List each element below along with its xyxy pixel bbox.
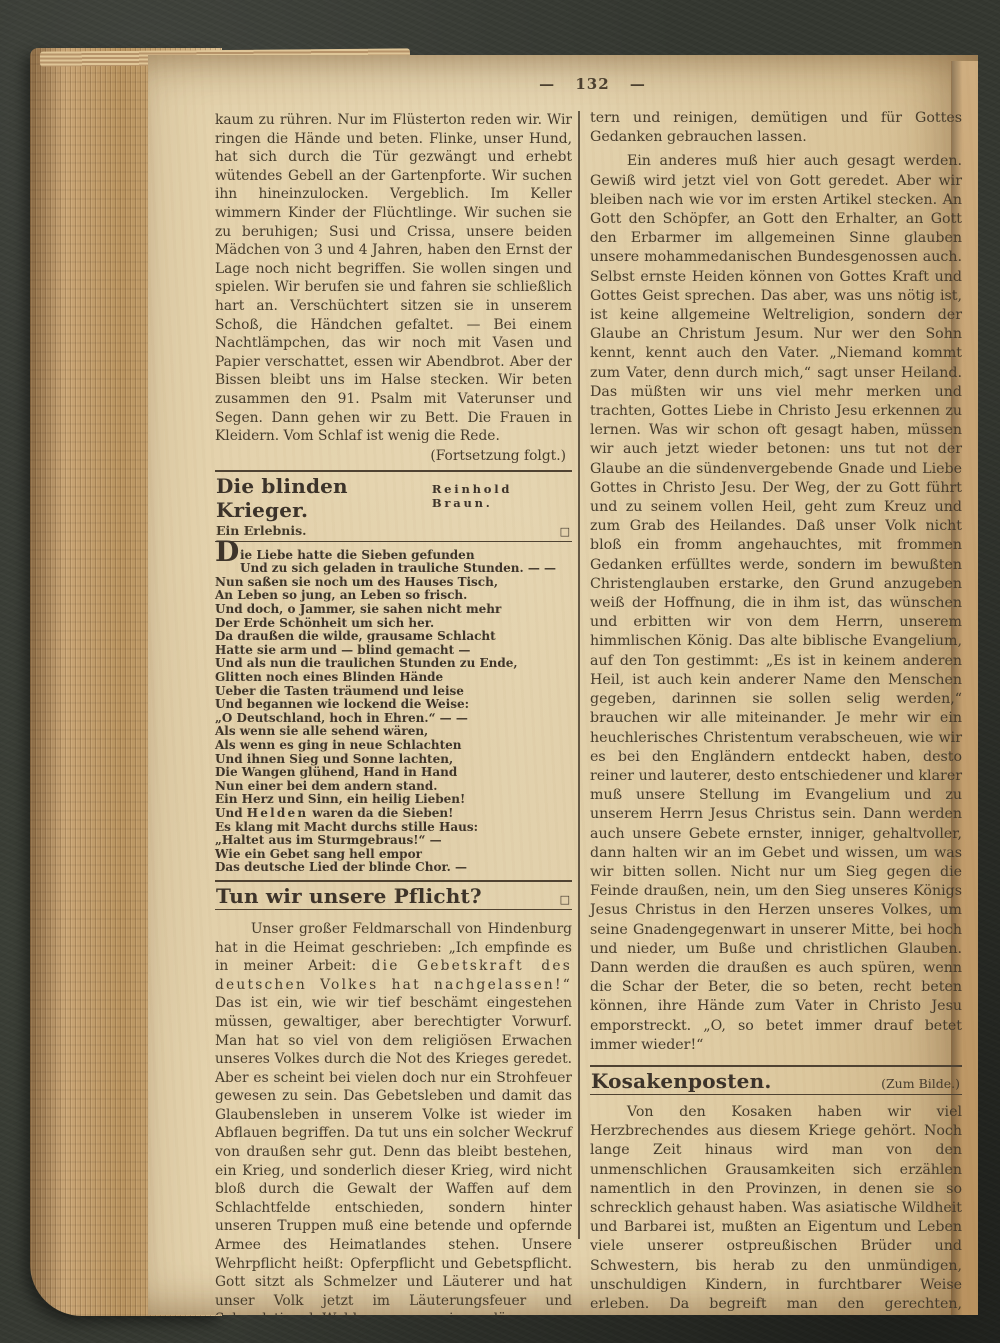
poem-line: Der Erde Schönheit um sich her. <box>215 617 572 631</box>
poem-line: Nun einer bei dem andern stand. <box>215 780 572 794</box>
article-header-duty: Tun wir unsere Pflicht? □ <box>215 880 572 910</box>
poem-line: Die Wangen glühend, Hand in Hand <box>215 766 572 780</box>
column-divider-rule <box>578 111 580 1239</box>
poem-line: Da draußen die wilde, grausame Schlacht <box>215 630 572 644</box>
poem-line: Und zu sich geladen in trauliche Stunden… <box>215 562 572 576</box>
right-column: tern und reinigen, demütigen und für Got… <box>590 109 962 1315</box>
poem-blind-warriors: D ie Liebe hatte die Sieben gefunden Und… <box>215 549 572 875</box>
poem-line: Und begannen wie lockend die Weise: <box>215 698 572 712</box>
duty-paragraph: Unser großer Feldmarschall von Hindenbur… <box>215 920 572 1315</box>
poem-line: „Haltet aus im Sturmgebraus!“ — <box>215 834 572 848</box>
poem-line: An Leben so jung, an Leben so frisch. <box>215 589 572 603</box>
square-mark-icon: □ <box>560 526 570 537</box>
article-header-blind-warriors: Die blinden Krieger. Reinhold Braun. Ein… <box>215 470 572 542</box>
header-rule-bottom <box>215 541 572 542</box>
square-mark-icon: □ <box>560 894 570 905</box>
continuation-paragraph-right: tern und reinigen, demütigen und für Got… <box>590 109 962 147</box>
poem-line: Das deutsche Lied der blinde Chor. — <box>215 861 572 875</box>
article-author: Reinhold Braun. <box>432 482 570 510</box>
article-note: (Zum Bilde.) <box>881 1076 960 1091</box>
poem-line: Als wenn sie alle sehend wären, <box>215 725 572 739</box>
duty-paragraph-end: Das ist ein, wie wir tief beschämt einge… <box>215 995 572 1315</box>
poem-line: Ein Herz und Sinn, ein heilig Lieben! <box>215 793 572 807</box>
poem-line-part-spaced: Helden <box>247 806 308 820</box>
poem-line-part: waren da die Sieben! <box>308 806 453 820</box>
left-column: kaum zu rühren. Nur im Flüsterton reden … <box>215 111 572 1315</box>
poem-line: Und als nun die traulichen Stunden zu En… <box>215 657 572 671</box>
poem-line-heroes: Und Helden waren da die Sieben! <box>215 807 572 821</box>
poem-line-part: Und <box>215 806 247 820</box>
poem-line: Wie ein Gebet sang hell empor <box>215 848 572 862</box>
article-header-cossacks: Kosakenposten. (Zum Bilde.) <box>590 1065 962 1095</box>
article-title: Die blinden Krieger. <box>216 474 432 522</box>
continuation-paragraph: kaum zu rühren. Nur im Flüsterton reden … <box>215 111 572 446</box>
poem-line: ie Liebe hatte die Sieben gefunden <box>215 549 572 563</box>
poem-line: Nun saßen sie noch um des Hauses Tisch, <box>215 576 572 590</box>
cossacks-paragraph: Von den Kosaken haben wir viel Herzbrech… <box>590 1103 962 1315</box>
page-number: — 132 — <box>215 75 970 93</box>
poem-drop-cap: D <box>215 545 239 559</box>
poem-line: „O Deutschland, hoch in Ehren.“ — — <box>215 712 572 726</box>
poem-line: Es klang mit Macht durchs stille Haus: <box>215 821 572 835</box>
header-rule-bottom <box>215 909 572 910</box>
continuation-note: (Fortsetzung folgt.) <box>215 448 566 464</box>
poem-line: Und doch, o Jammer, sie sahen nicht mehr <box>215 603 572 617</box>
book-page: — 132 — kaum zu rühren. Nur im Flüsterto… <box>148 55 978 1315</box>
poem-line: Hatte sie arm und — blind gemacht — <box>215 644 572 658</box>
poem-line: Als wenn es ging in neue Schlachten <box>215 739 572 753</box>
faith-paragraph: Ein anderes muß hier auch gesagt werden.… <box>590 152 962 1055</box>
article-title: Tun wir unsere Pflicht? <box>216 884 482 908</box>
header-rule-bottom <box>590 1094 962 1095</box>
poem-line: Glitten noch eines Blinden Hände <box>215 671 572 685</box>
article-title: Kosakenposten. <box>591 1069 771 1093</box>
poem-line: Ueber die Tasten träumend und leise <box>215 685 572 699</box>
poem-line: Und ihnen Sieg und Sonne lachten, <box>215 753 572 767</box>
